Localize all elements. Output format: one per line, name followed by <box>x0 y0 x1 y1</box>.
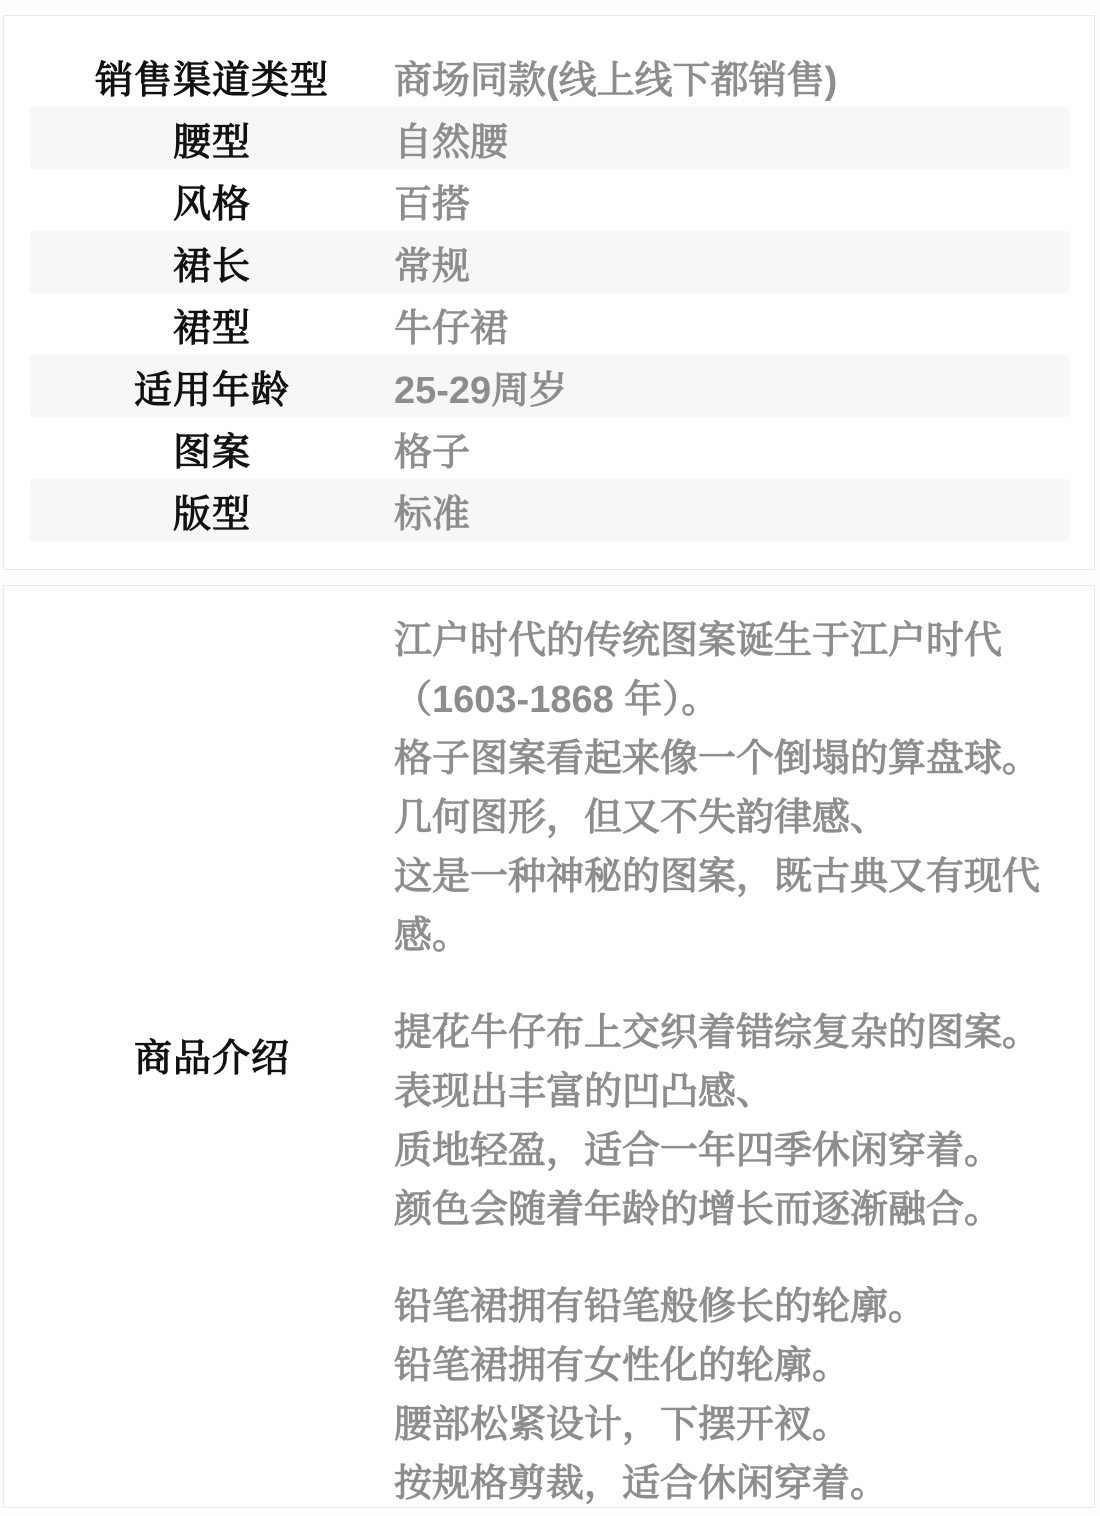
spec-attribute-value: 牛仔裙 <box>394 297 1070 352</box>
product-description-section: 商品介绍 江户时代的传统图案诞生于江户时代 （1603-1868 年）。 格子图… <box>3 585 1095 1508</box>
spec-attribute-name: 销售渠道类型 <box>30 49 394 104</box>
spec-row: 图案 格子 <box>30 417 1070 479</box>
spec-attribute-value: 自然腰 <box>394 111 1070 166</box>
description-paragraph: 江户时代的传统图案诞生于江户时代 （1603-1868 年）。 格子图案看起来像… <box>394 612 1070 966</box>
description-section-title: 商品介绍 <box>134 1027 290 1082</box>
spec-attribute-value: 常规 <box>394 235 1070 290</box>
spec-row: 版型 标准 <box>30 479 1070 541</box>
spec-attribute-name: 版型 <box>30 483 394 538</box>
spec-attribute-value: 商场同款(线上线下都销售) <box>394 49 1070 104</box>
spec-row: 销售渠道类型 商场同款(线上线下都销售) <box>30 45 1070 107</box>
spec-row: 裙型 牛仔裙 <box>30 293 1070 355</box>
spec-attribute-name: 裙长 <box>30 235 394 290</box>
description-label-column: 商品介绍 <box>30 612 394 1497</box>
spec-row: 裙长 常规 <box>30 231 1070 293</box>
description-text-column: 江户时代的传统图案诞生于江户时代 （1603-1868 年）。 格子图案看起来像… <box>394 612 1070 1497</box>
spec-row: 适用年龄 25-29周岁 <box>30 355 1070 417</box>
description-paragraph: 提花牛仔布上交织着错综复杂的图案。 表现出丰富的凹凸感、 质地轻盈，适合一年四季… <box>394 1004 1070 1240</box>
spec-attribute-name: 风格 <box>30 173 394 228</box>
spec-attribute-value: 格子 <box>394 421 1070 476</box>
spec-attribute-name: 腰型 <box>30 111 394 166</box>
description-paragraph: 铅笔裙拥有铅笔般修长的轮廓。 铅笔裙拥有女性化的轮廓。 腰部松紧设计，下摆开衩。… <box>394 1278 1070 1514</box>
spec-attribute-name: 适用年龄 <box>30 359 394 414</box>
spec-attribute-name: 图案 <box>30 421 394 476</box>
spec-row: 腰型 自然腰 <box>30 107 1070 169</box>
spec-attribute-value: 标准 <box>394 483 1070 538</box>
spec-attribute-name: 裙型 <box>30 297 394 352</box>
spec-attribute-value: 25-29周岁 <box>394 359 1070 414</box>
spec-attribute-value: 百搭 <box>394 173 1070 228</box>
product-spec-table: 销售渠道类型 商场同款(线上线下都销售) 腰型 自然腰 风格 百搭 裙长 常规 … <box>3 15 1095 570</box>
spec-row: 风格 百搭 <box>30 169 1070 231</box>
